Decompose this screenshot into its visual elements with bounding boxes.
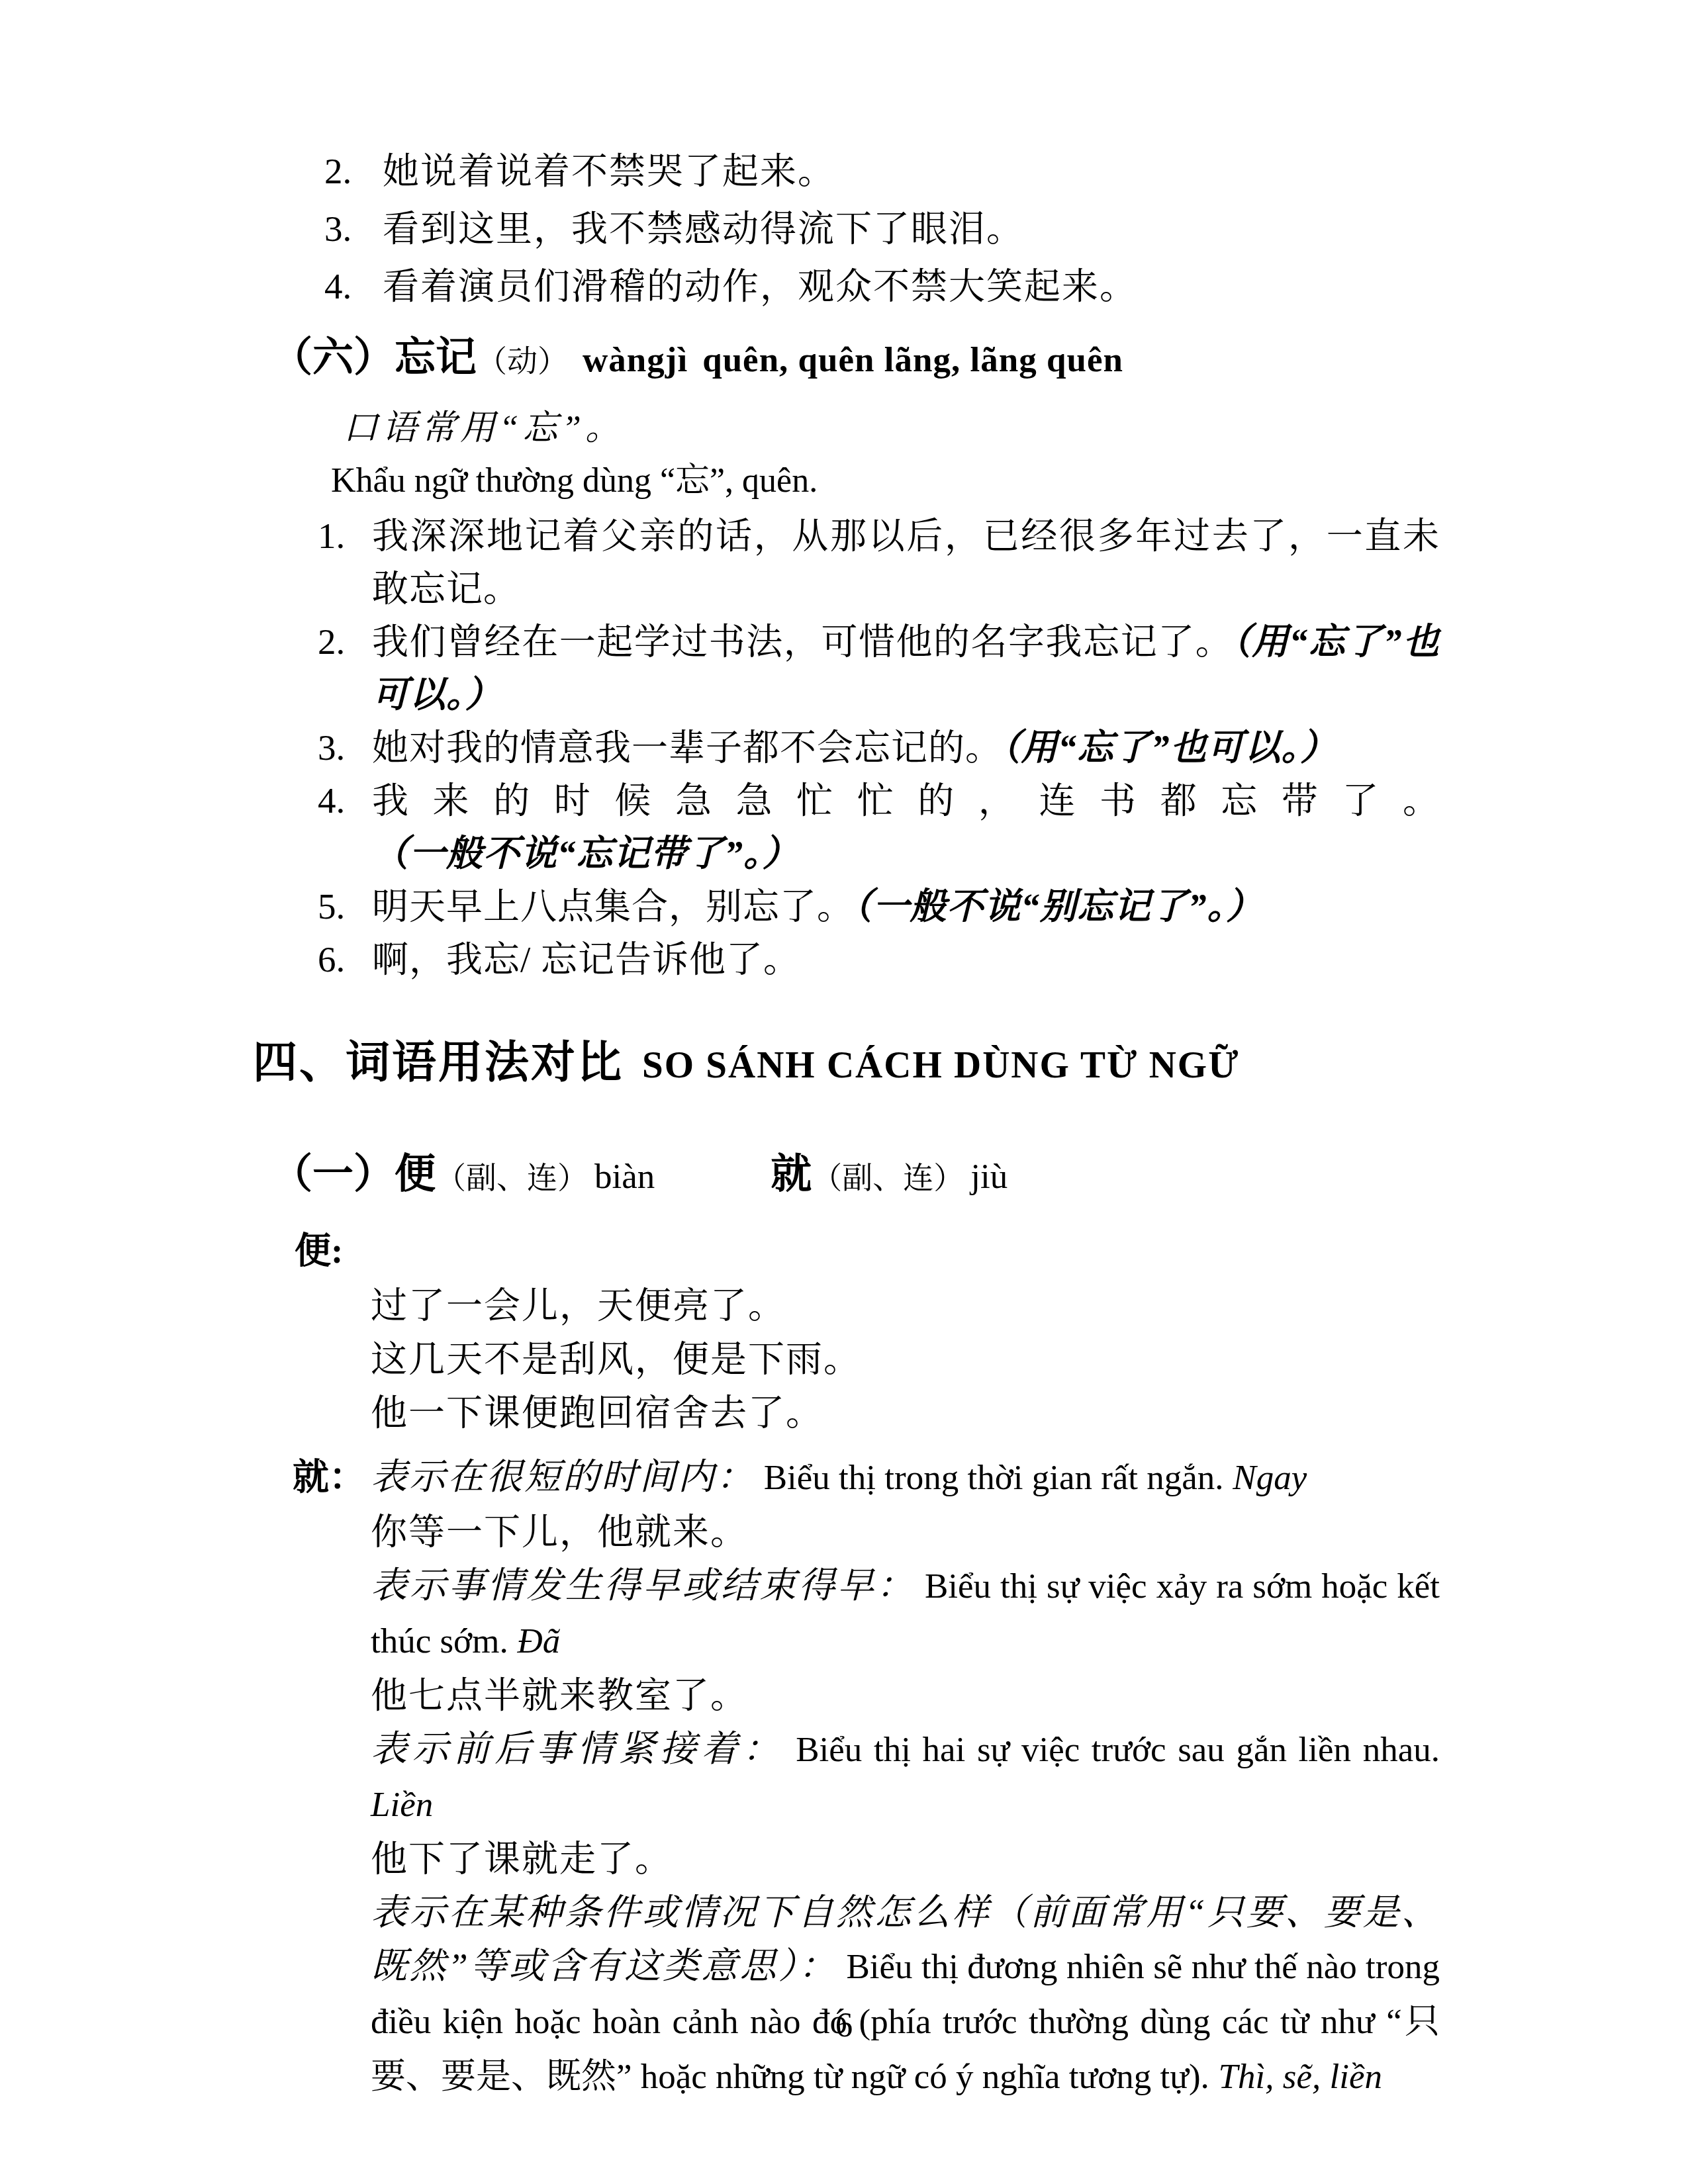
item-number: 1. [318, 510, 372, 615]
sentence: 啊，我忘/ 忘记告诉他了。 [372, 939, 800, 979]
sense-keyword: Ngay [1233, 1459, 1307, 1497]
bian-example: 这几天不是刮风，便是下雨。 [371, 1332, 1440, 1386]
item-number: 4. [318, 774, 372, 880]
example-item: 5.明天早上八点集合，别忘了。（一般不说“别忘记了”。） [318, 880, 1440, 933]
sense-chinese: 表示前后事情紧接着： [371, 1729, 784, 1769]
pinyin-jiu: jiù [970, 1158, 1008, 1196]
part-of-speech: （副、连） [436, 1161, 588, 1195]
pinyin-bian: biàn [594, 1158, 655, 1196]
sense-chinese: 表示事情发生得早或结束得早： [371, 1565, 915, 1606]
page-number: 6 [0, 2005, 1688, 2045]
item-text: 她对我的情意我一辈子都不会忘记的。（用“忘了”也可以。） [372, 721, 1440, 774]
section-title-chinese: 四、词语用法对比 [253, 1038, 624, 1087]
usage-note-chinese: 口语常用“忘”。 [343, 402, 1440, 455]
subsection-label: （一） [271, 1152, 395, 1197]
item-number: 2. [324, 142, 383, 200]
part-of-speech: （副、连） [812, 1161, 964, 1195]
jiu-example: 他七点半就来教室了。 [371, 1668, 1440, 1722]
vietnamese-translation: quên, quên lãng, lãng quên [702, 341, 1123, 379]
section-label: （六） [271, 336, 395, 381]
section-four-heading: 四、词语用法对比SO SÁNH CÁCH DÙNG TỪ NGỮ [253, 1024, 1440, 1113]
item-number: 4. [324, 257, 383, 315]
page-content: 2.她说着说着不禁哭了起来。 3.看到这里，我不禁感动得流下了眼泪。 4.看着演… [258, 142, 1440, 2104]
remark: （一般不说“别忘记了”。） [854, 886, 1263, 927]
sense-vietnamese: Biểu thị trong thời gian rất ngắn. [764, 1459, 1224, 1497]
sentence: 我来的时候急急忙忙的，连书都忘带了。 [372, 780, 1440, 821]
headword-jiu: 就 [771, 1152, 812, 1197]
section-six-heading: （六）忘记（动）wàngjìquên, quên lãng, lãng quên [271, 324, 1440, 402]
sentence: 我们曾经在一起学过书法，可惜他的名字我忘记了。 [372, 621, 1233, 662]
item-number: 5. [318, 880, 372, 933]
jiu-label: 就： [293, 1450, 365, 1504]
item-text: 我来的时候急急忙忙的，连书都忘带了。（一般不说“忘记带了”。） [372, 774, 1440, 880]
sentence: 明天早上八点集合，别忘了。 [372, 886, 854, 927]
sentence: 我深深地记着父亲的话，从那以后，已经很多年过去了，一直未敢忘记。 [372, 516, 1440, 609]
jiu-example: 你等一下儿，他就来。 [371, 1505, 1440, 1559]
headword-bian: 便 [395, 1152, 436, 1197]
item-number: 3. [318, 721, 372, 774]
item-text: 明天早上八点集合，别忘了。（一般不说“别忘记了”。） [372, 880, 1440, 933]
bujin-example-item: 2.她说着说着不禁哭了起来。 [324, 142, 1440, 200]
remark: （一般不说“忘记带了”。） [372, 833, 800, 874]
bujin-example-item: 3.看到这里，我不禁感动得流下了眼泪。 [324, 200, 1440, 257]
jiu-sense: 就：表示在很短的时间内： Biểu thị trong thời gian rấ… [371, 1450, 1440, 1505]
pinyin: wàngjì [583, 341, 688, 379]
jiu-example: 他下了课就走了。 [371, 1832, 1440, 1886]
example-item: 1.我深深地记着父亲的话，从那以后，已经很多年过去了，一直未敢忘记。 [318, 510, 1440, 615]
example-item: 2.我们曾经在一起学过书法，可惜他的名字我忘记了。（用“忘了”也可以。） [318, 615, 1440, 721]
item-text: 我们曾经在一起学过书法，可惜他的名字我忘记了。（用“忘了”也可以。） [372, 615, 1440, 721]
bian-label: 便: [295, 1223, 1440, 1279]
sense-keyword: Thì, sẽ, liền [1219, 2058, 1382, 2096]
jiu-sense: 表示前后事情紧接着： Biểu thị hai sự việc trước sa… [371, 1722, 1440, 1832]
usage-note-vietnamese: Khẩu ngữ thường dùng “忘”, quên. [331, 455, 1440, 507]
example-item: 4.我来的时候急急忙忙的，连书都忘带了。（一般不说“忘记带了”。） [318, 774, 1440, 880]
item-text: 看到这里，我不禁感动得流下了眼泪。 [383, 200, 1024, 257]
item-text: 她说着说着不禁哭了起来。 [383, 142, 835, 200]
subsection-one-heading: （一）便（副、连）biàn就（副、连）jiù [271, 1144, 1440, 1216]
jiu-sense: 表示在某种条件或情况下自然怎么样（前面常用“只要、要是、既然”等或含有这类意思）… [371, 1886, 1440, 2104]
sense-chinese: 表示在很短的时间内： [371, 1457, 755, 1497]
bian-example: 他一下课便跑回宿舍去了。 [371, 1386, 1440, 1439]
bian-example: 过了一会儿，天便亮了。 [371, 1279, 1440, 1332]
headword: 忘记 [395, 336, 477, 381]
sense-keyword: Đã [517, 1622, 560, 1661]
item-text: 我深深地记着父亲的话，从那以后，已经很多年过去了，一直未敢忘记。 [372, 510, 1440, 615]
document-page: 2.她说着说着不禁哭了起来。 3.看到这里，我不禁感动得流下了眼泪。 4.看着演… [0, 0, 1688, 2184]
item-number: 3. [324, 200, 383, 257]
remark: （用“忘了”也可以。） [1002, 727, 1337, 768]
sentence: 她对我的情意我一辈子都不会忘记的。 [372, 727, 1002, 768]
bujin-example-item: 4.看着演员们滑稽的动作，观众不禁大笑起来。 [324, 257, 1440, 315]
item-text: 啊，我忘/ 忘记告诉他了。 [372, 933, 1440, 986]
wangji-example-list: 1.我深深地记着父亲的话，从那以后，已经很多年过去了，一直未敢忘记。 2.我们曾… [258, 510, 1440, 986]
jiu-sense: 表示事情发生得早或结束得早： Biểu thị sự việc xảy ra s… [371, 1559, 1440, 1668]
section-title-vietnamese: SO SÁNH CÁCH DÙNG TỪ NGỮ [642, 1044, 1240, 1086]
item-number: 6. [318, 933, 372, 986]
item-number: 2. [318, 615, 372, 721]
item-text: 看着演员们滑稽的动作，观众不禁大笑起来。 [383, 257, 1137, 315]
example-item: 6.啊，我忘/ 忘记告诉他了。 [318, 933, 1440, 986]
example-item: 3.她对我的情意我一辈子都不会忘记的。（用“忘了”也可以。） [318, 721, 1440, 774]
part-of-speech: （动） [477, 344, 568, 378]
sense-vietnamese: Biểu thị hai sự việc trước sau gắn liền … [796, 1731, 1440, 1769]
sense-keyword: Liền [371, 1786, 433, 1824]
